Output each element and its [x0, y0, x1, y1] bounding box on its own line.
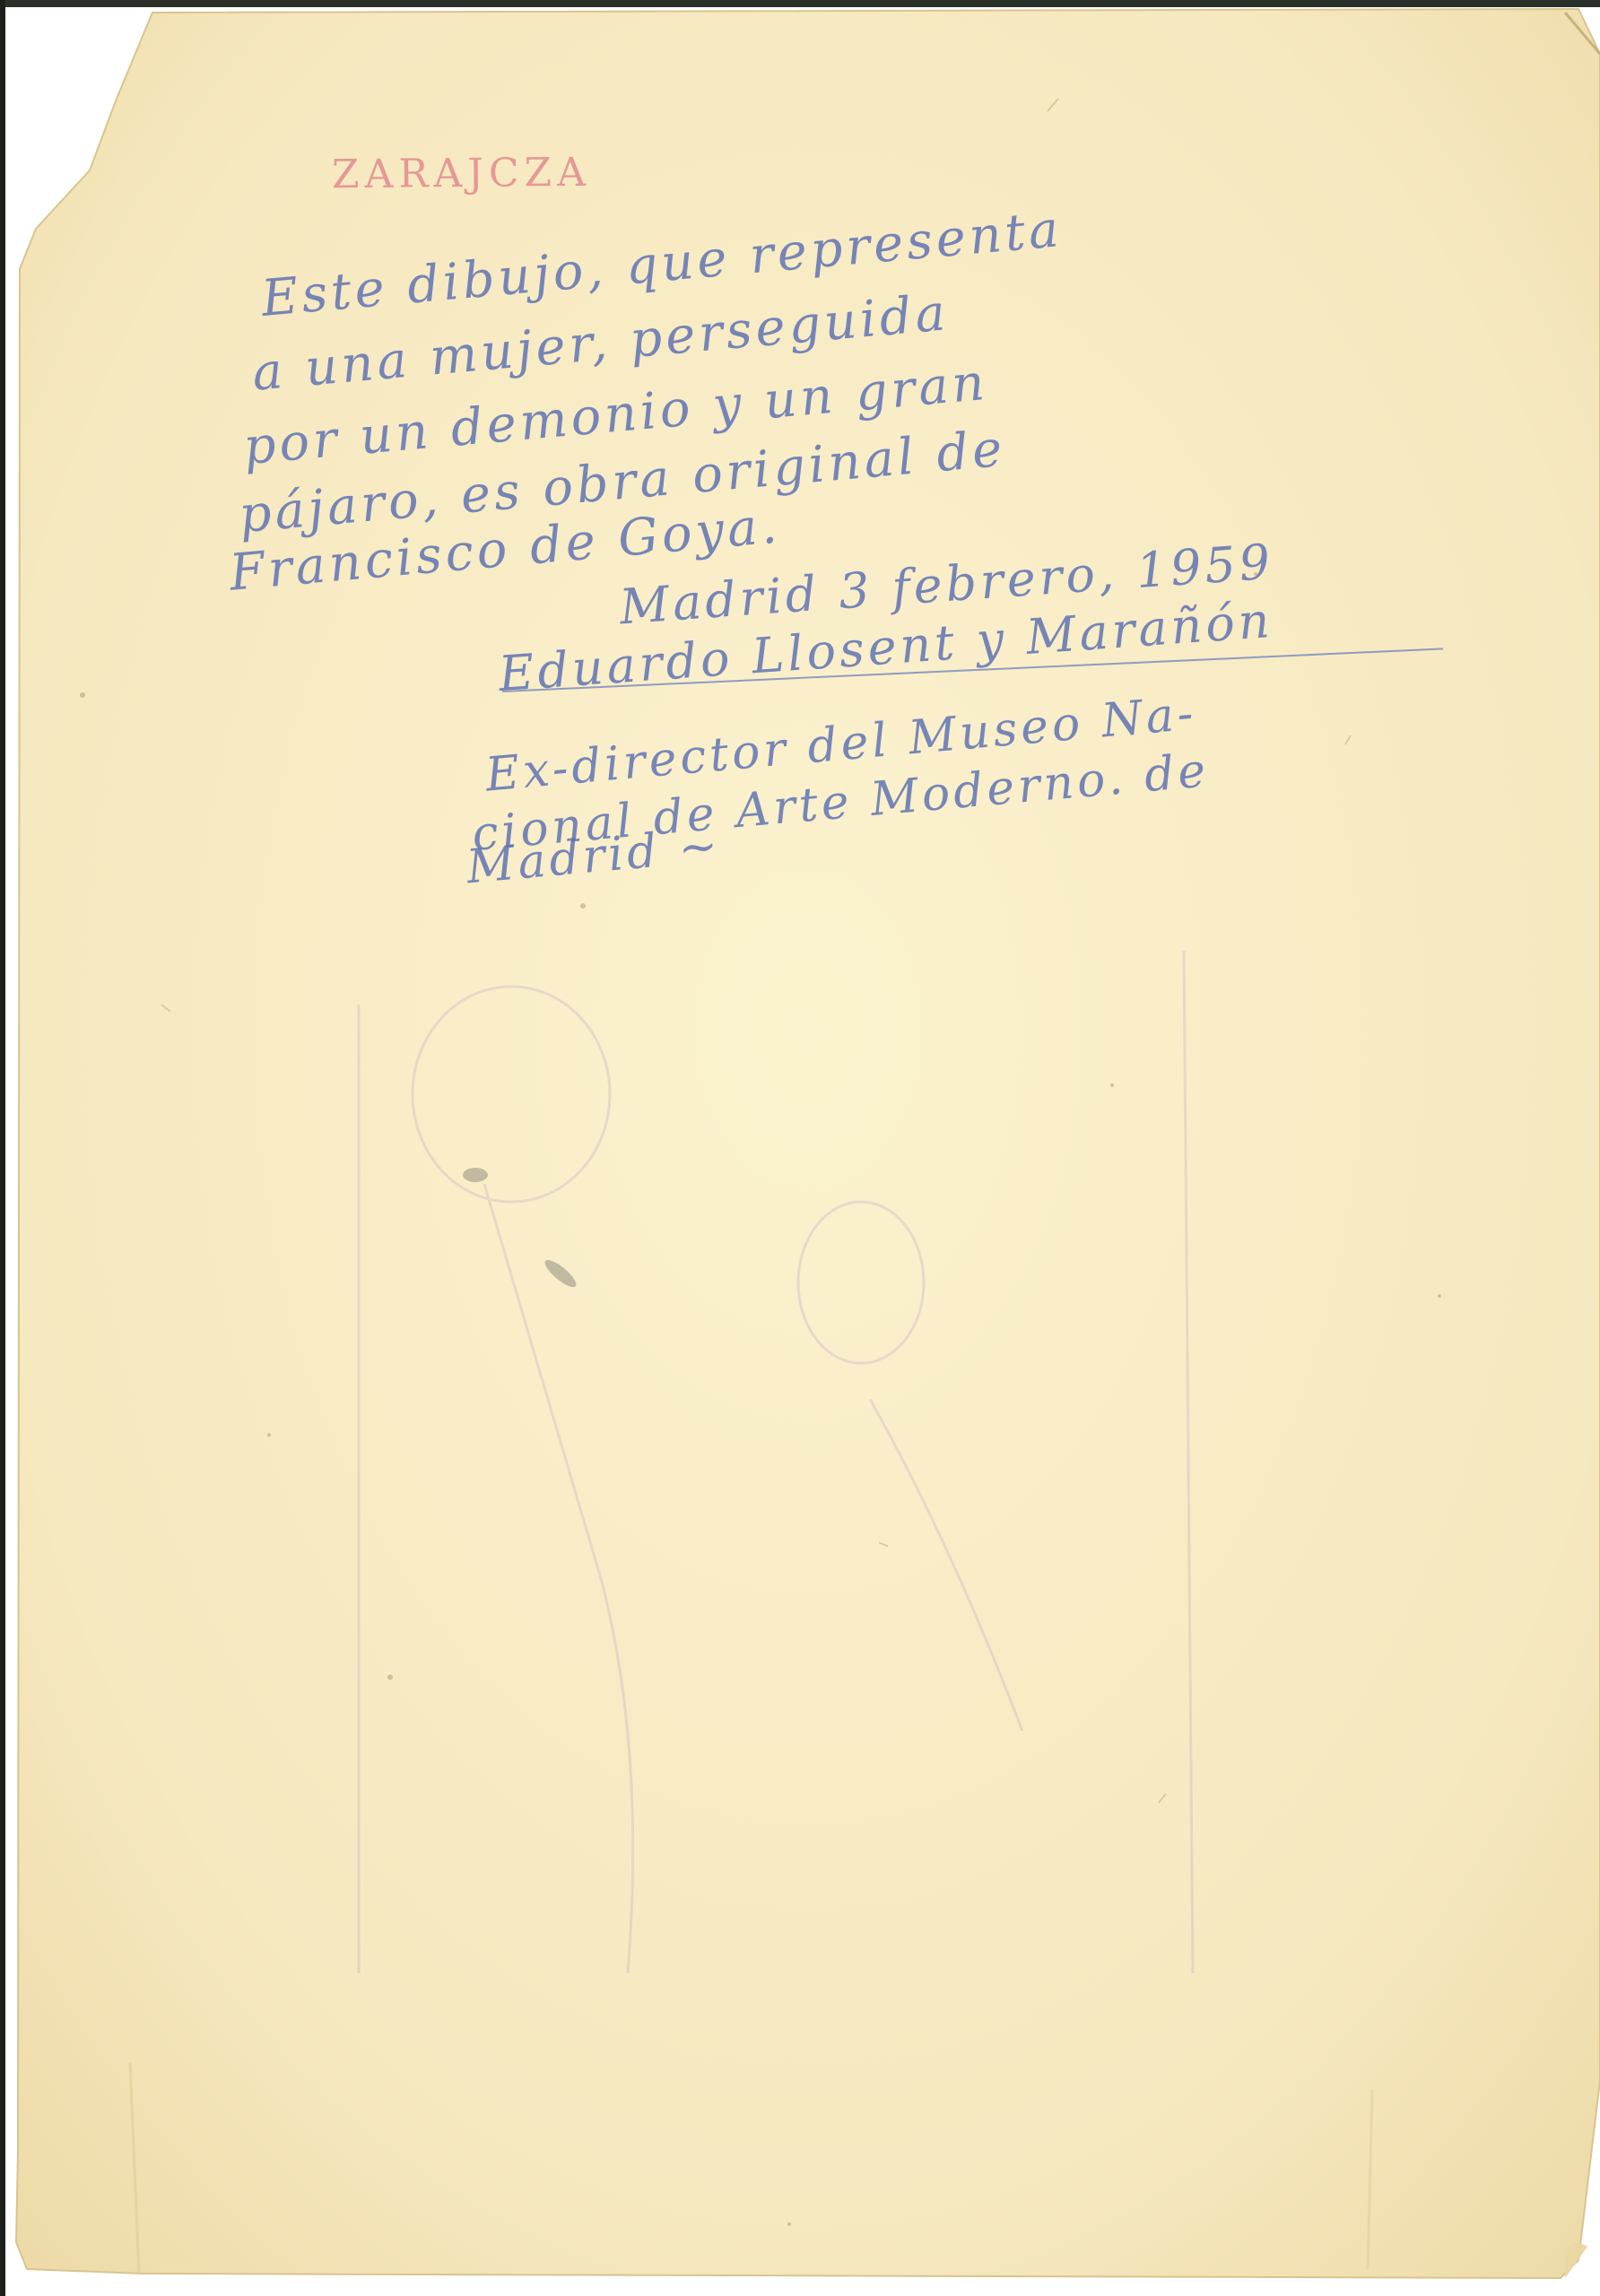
scanner-bed-edge-top [0, 0, 1600, 7]
stamp: ZARAJCZA [332, 150, 591, 198]
scanner-bed-edge-left [0, 0, 5, 2296]
drawing-show-through [305, 897, 1291, 2018]
scanned-document: ZARAJCZA Este dibujo, que representa a u… [0, 0, 1600, 2296]
